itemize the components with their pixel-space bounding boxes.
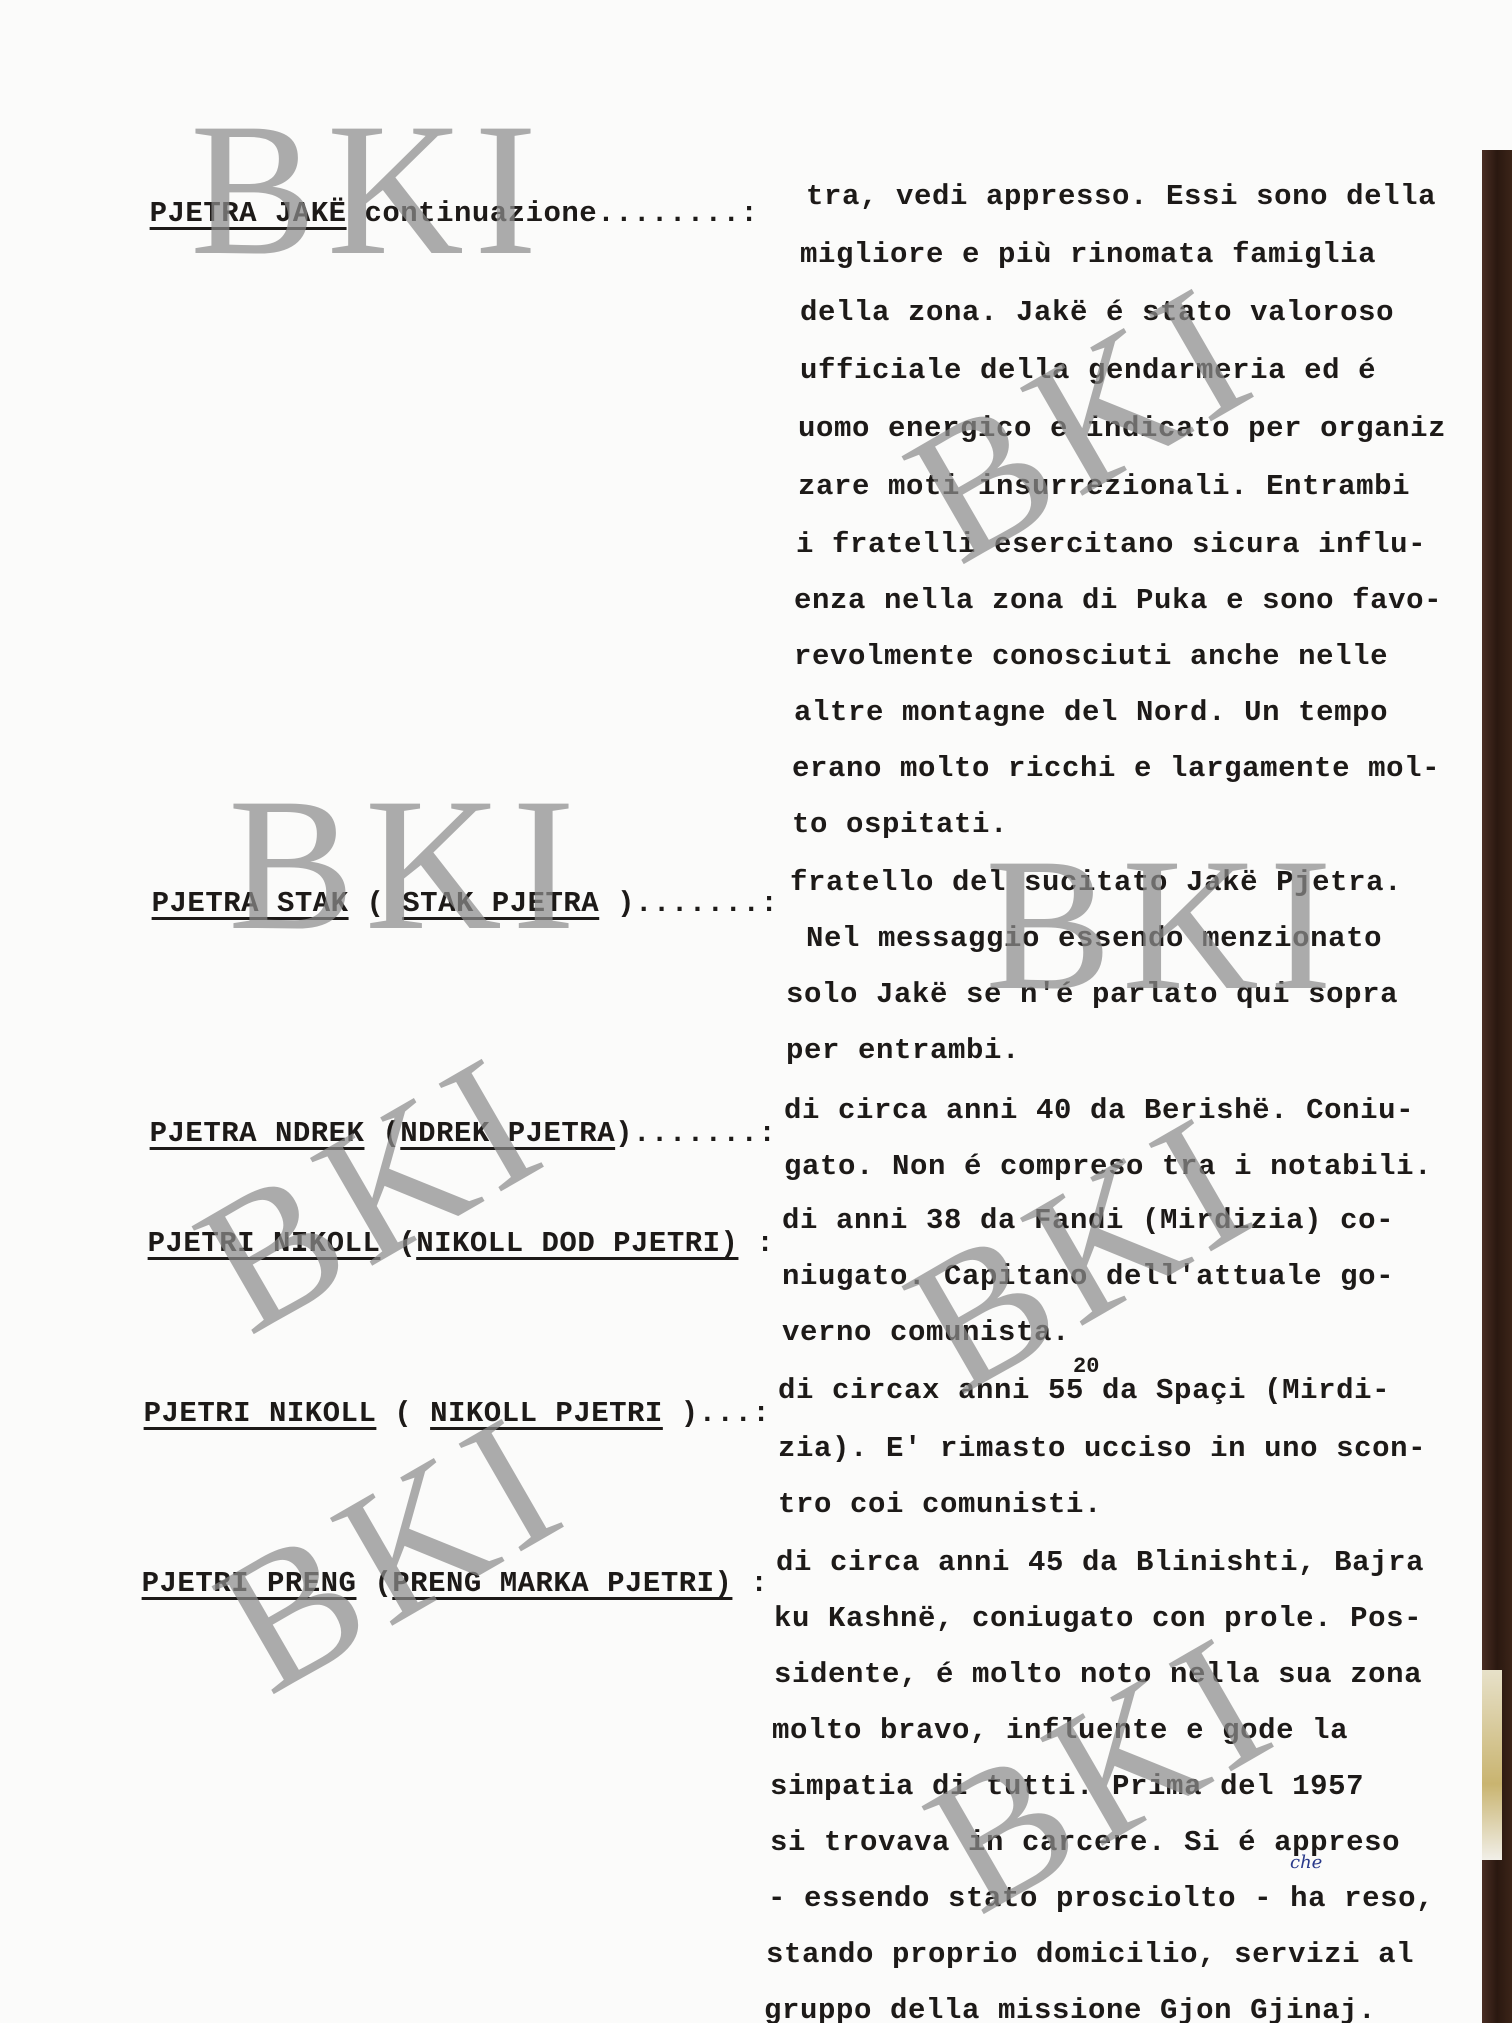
label-suffix: continuazione........: <box>347 197 759 230</box>
label-alias: NIKOLL DOD PJETRI) <box>416 1227 738 1260</box>
label-alias: PRENG MARKA PJETRI) <box>392 1567 732 1600</box>
label-suffix: ).......: <box>615 1117 776 1150</box>
text-line: to ospitati. <box>792 808 1008 841</box>
text-line: revolmente conosciuti anche nelle <box>794 640 1388 673</box>
text-line: tro coi comunisti. <box>778 1488 1102 1521</box>
entry-label-pjetri-nikoll: PJETRI NIKOLL ( NIKOLL PJETRI )...: <box>72 1370 770 1457</box>
label-sep: ( <box>380 1227 416 1260</box>
text-line: altre montagne del Nord. Un tempo <box>794 696 1388 729</box>
text-line: enza nella zona di Puka e sono favo- <box>794 584 1442 617</box>
label-suffix: : <box>738 1227 774 1260</box>
text-line: gruppo della missione Gjon Gjinaj. <box>764 1994 1376 2023</box>
text-line: i fratelli esercitano sicura influ- <box>796 528 1426 561</box>
label-sep: ( <box>349 887 403 920</box>
text-line: ufficiale della gendarmeria ed é <box>800 354 1376 387</box>
text-line: molto bravo, influente e gode la <box>772 1714 1348 1747</box>
text-line: solo Jakë se n'é parlato qui sopra <box>786 978 1398 1011</box>
watermark: BKI <box>170 1021 574 1364</box>
text-line: di circax anni 55 da Spaçi (Mirdi- <box>778 1374 1390 1407</box>
text-line: ku Kashnë, coniugato con prole. Pos- <box>774 1602 1422 1635</box>
label-name: PJETRI PRENG <box>142 1567 357 1600</box>
entry-label-pjetra-ndrek: PJETRA NDREK (NDREK PJETRA).......: <box>78 1090 776 1177</box>
text-line: zia). E' rimasto ucciso in uno scon- <box>778 1432 1426 1465</box>
text-line: di circa anni 45 da Blinishti, Bajra <box>776 1546 1424 1579</box>
page-edge-highlight <box>1482 1670 1502 1860</box>
text-line: simpatia di tutti. Prima del 1957 <box>770 1770 1364 1803</box>
label-suffix: )...: <box>663 1397 770 1430</box>
label-name: PJETRI NIKOLL <box>148 1227 381 1260</box>
text-line: della zona. Jakë é stato valoroso <box>800 296 1394 329</box>
label-suffix: ).......: <box>599 887 778 920</box>
text-line: zare moti insurrezionali. Entrambi <box>798 470 1410 503</box>
label-sep: ( <box>376 1397 430 1430</box>
label-name: PJETRA NDREK <box>150 1117 365 1150</box>
text-line: verno comunista. <box>782 1316 1070 1349</box>
text-line: Nel messaggio essendo menzionato <box>788 922 1382 955</box>
text-line: fratello del sucitato Jakë Pjetra. <box>790 866 1402 899</box>
text-line: gato. Non é compreso tra i notabili. <box>784 1150 1432 1183</box>
label-sep: ( <box>364 1117 400 1150</box>
entry-label-pjetri-preng: PJETRI PRENG (PRENG MARKA PJETRI) : <box>70 1540 768 1627</box>
text-line: erano molto ricchi e largamente mol- <box>792 752 1440 785</box>
text-line: tra, vedi appresso. Essi sono della <box>806 180 1436 213</box>
label-suffix: : <box>732 1567 768 1600</box>
label-name: PJETRA STAK <box>152 887 349 920</box>
document-page: PJETRA JAKË continuazione........: tra, … <box>0 0 1512 2023</box>
text-line: stando proprio domicilio, servizi al <box>766 1938 1414 1971</box>
text-line: migliore e più rinomata famiglia <box>800 238 1376 271</box>
entry-label-pjetra-stak: PJETRA STAK ( STAK PJETRA ).......: <box>80 860 778 947</box>
entry-label-pjetra-jake: PJETRA JAKË continuazione........: <box>78 170 758 257</box>
label-name: PJETRA JAKË <box>150 197 347 230</box>
label-alias: STAK PJETRA <box>402 887 599 920</box>
label-name: PJETRI NIKOLL <box>144 1397 377 1430</box>
text-line: sidente, é molto noto nella sua zona <box>774 1658 1422 1691</box>
label-alias: NDREK PJETRA <box>400 1117 615 1150</box>
text-line: niugato. Capitano dell'attuale go- <box>782 1260 1394 1293</box>
text-line: per entrambi. <box>786 1034 1020 1067</box>
text-line: di circa anni 40 da Berishë. Coniu- <box>784 1094 1414 1127</box>
entry-label-pjetri-nikoll-dod: PJETRI NIKOLL (NIKOLL DOD PJETRI) : <box>76 1200 774 1287</box>
text-line: di anni 38 da Fandi (Mirdizia) co- <box>782 1204 1394 1237</box>
text-line: uomo energico e indicato per organiz <box>798 412 1446 445</box>
handwritten-annotation: che <box>1290 1852 1322 1873</box>
label-alias: NIKOLL PJETRI <box>430 1397 663 1430</box>
text-line: - essendo stato prosciolto - ha reso, <box>768 1882 1434 1915</box>
label-sep: ( <box>356 1567 392 1600</box>
